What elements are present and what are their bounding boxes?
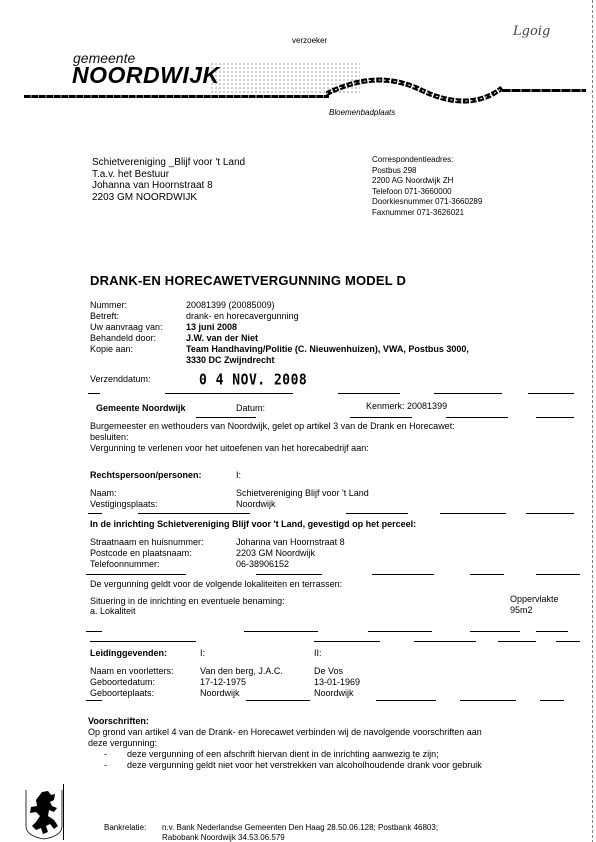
- send-date-stamp: 0 4 NOV. 2008: [199, 372, 307, 389]
- regulations-intro: Op grond van artikel 4 van de Drank- en …: [88, 727, 482, 738]
- municipality-name: NOORDWIJK: [72, 62, 220, 89]
- meta-label: Behandeld door:: [90, 333, 156, 344]
- manager-value: 13-01-1969: [314, 677, 360, 688]
- bank-label: Bankrelatie:: [104, 823, 146, 833]
- entity-value: Schietvereniging Blijf voor 't Land: [236, 488, 369, 499]
- decision-line: Vergunning te verlenen voor het uitoefen…: [90, 443, 369, 454]
- regulation-item: deze vergunning of een afschrift hiervan…: [127, 749, 439, 760]
- legal-entity-heading: Rechtspersoon/personen:: [90, 470, 202, 481]
- meta-value: drank- en horecavergunning: [186, 311, 299, 322]
- premise-name: a. Lokaliteit: [90, 606, 136, 617]
- correspondence-line: Doorkiesnummer 071-3660289: [372, 197, 482, 208]
- establishment-value: 06-38906152: [236, 559, 289, 570]
- establishment-value: 2203 GM Noordwijk: [236, 548, 315, 559]
- establishment-value: Johanna van Hoornstraat 8: [236, 537, 345, 548]
- entity-label: Vestigingsplaats:: [90, 499, 158, 510]
- address-line: T.a.v. het Bestuur: [92, 169, 245, 181]
- meta-value: 3330 DC Zwijndrecht: [186, 355, 275, 366]
- managers-heading: Leidinggevenden:: [90, 648, 167, 659]
- establishment-label: Telefoonnummer:: [90, 559, 160, 570]
- manager-column: II:: [314, 648, 322, 659]
- establishment-heading: In de inrichting Schietvereniging Blijf …: [90, 519, 416, 530]
- issuer-name: Gemeente Noordwijk: [96, 403, 186, 414]
- manager-value: De Vos: [314, 666, 343, 677]
- establishment-label: Straatnaam en huisnummer:: [90, 537, 204, 548]
- premises-intro: De vergunning geldt voor de volgende lok…: [90, 579, 342, 590]
- wave-logo-icon: [326, 76, 506, 110]
- send-date-label: Verzenddatum:: [90, 374, 151, 385]
- manager-value: Noordwijk: [200, 688, 240, 699]
- establishment-label: Postcode en plaatsnaam:: [90, 548, 192, 559]
- date-label: Datum:: [236, 403, 265, 414]
- meta-label: Betreft:: [90, 311, 119, 322]
- correspondence-line: Telefoon 071-3660000: [372, 187, 482, 198]
- reference-value: 20081399: [407, 401, 447, 411]
- area-label: Oppervlakte: [510, 594, 559, 605]
- crest-divider: [63, 784, 64, 840]
- regulations-heading: Voorschriften:: [88, 716, 149, 727]
- legal-entity-column: I:: [236, 470, 241, 481]
- correspondence-line: Correspondentieadres:: [372, 155, 482, 166]
- meta-value: 20081399 (20085009): [186, 300, 275, 311]
- decision-line: Burgemeester en wethouders van Noordwijk…: [90, 421, 455, 432]
- stamp-label: verzoeker: [292, 36, 327, 45]
- bank-line: Rabobank Noordwijk 34.53.06.579: [162, 833, 285, 842]
- meta-label: Uw aanvraag van:: [90, 322, 163, 333]
- manager-label: Geboortedatum:: [90, 677, 155, 688]
- scan-edge: [592, 0, 593, 842]
- regulation-item: deze vergunning geldt niet voor het vers…: [127, 760, 482, 771]
- address-line: 2203 GM NOORDWIJK: [92, 192, 245, 204]
- manager-value: Noordwijk: [314, 688, 354, 699]
- manager-label: Geboorteplaats:: [90, 688, 154, 699]
- meta-label: Kopie aan:: [90, 344, 133, 355]
- reference-label: Kenmerk:: [366, 401, 405, 411]
- reference: Kenmerk: 20081399: [366, 401, 447, 412]
- premise-area: 95m2: [510, 605, 533, 616]
- correspondence-line: 2200 AG Noordwijk ZH: [372, 176, 482, 187]
- entity-label: Naam:: [90, 488, 117, 499]
- manager-value: 17-12-1975: [200, 677, 246, 688]
- manager-value: Van den berg, J.A.C.: [200, 666, 283, 677]
- address-line: Schietvereniging _Blijf voor 't Land: [92, 157, 245, 169]
- regulations-intro: deze vergunning:: [88, 738, 157, 749]
- meta-value: J.W. van der Niet: [186, 333, 258, 344]
- handwritten-note: Lgoig: [513, 24, 550, 39]
- bank-line: n.v. Bank Nederlandse Gemeenten Den Haag…: [162, 823, 438, 833]
- lion-crest-icon: [24, 786, 64, 840]
- manager-label: Naam en voorletters:: [90, 666, 174, 677]
- decision-line: besluiten:: [90, 432, 129, 443]
- entity-value: Noordwijk: [236, 499, 276, 510]
- meta-value: 13 juni 2008: [186, 322, 237, 333]
- bullet-dash: -: [104, 760, 107, 771]
- recipient-address: Schietvereniging _Blijf voor 't Land T.a…: [92, 157, 245, 203]
- correspondence-line: Faxnummer 071-3626021: [372, 208, 482, 219]
- address-line: Johanna van Hoornstraat 8: [92, 180, 245, 192]
- bullet-dash: -: [104, 749, 107, 760]
- correspondence-block: Correspondentieadres: Postbus 298 2200 A…: [372, 155, 482, 218]
- tagline: Bloemenbadplaats: [329, 108, 395, 117]
- document-title: DRANK-EN HORECAWETVERGUNNING MODEL D: [90, 273, 406, 288]
- correspondence-line: Postbus 298: [372, 166, 482, 177]
- manager-column: I:: [200, 648, 205, 659]
- header-rule-right: [502, 89, 586, 92]
- header-rule: [24, 95, 329, 98]
- meta-value: Team Handhaving/Politie (C. Nieuwenhuize…: [186, 344, 469, 355]
- meta-label: Nummer:: [90, 300, 127, 311]
